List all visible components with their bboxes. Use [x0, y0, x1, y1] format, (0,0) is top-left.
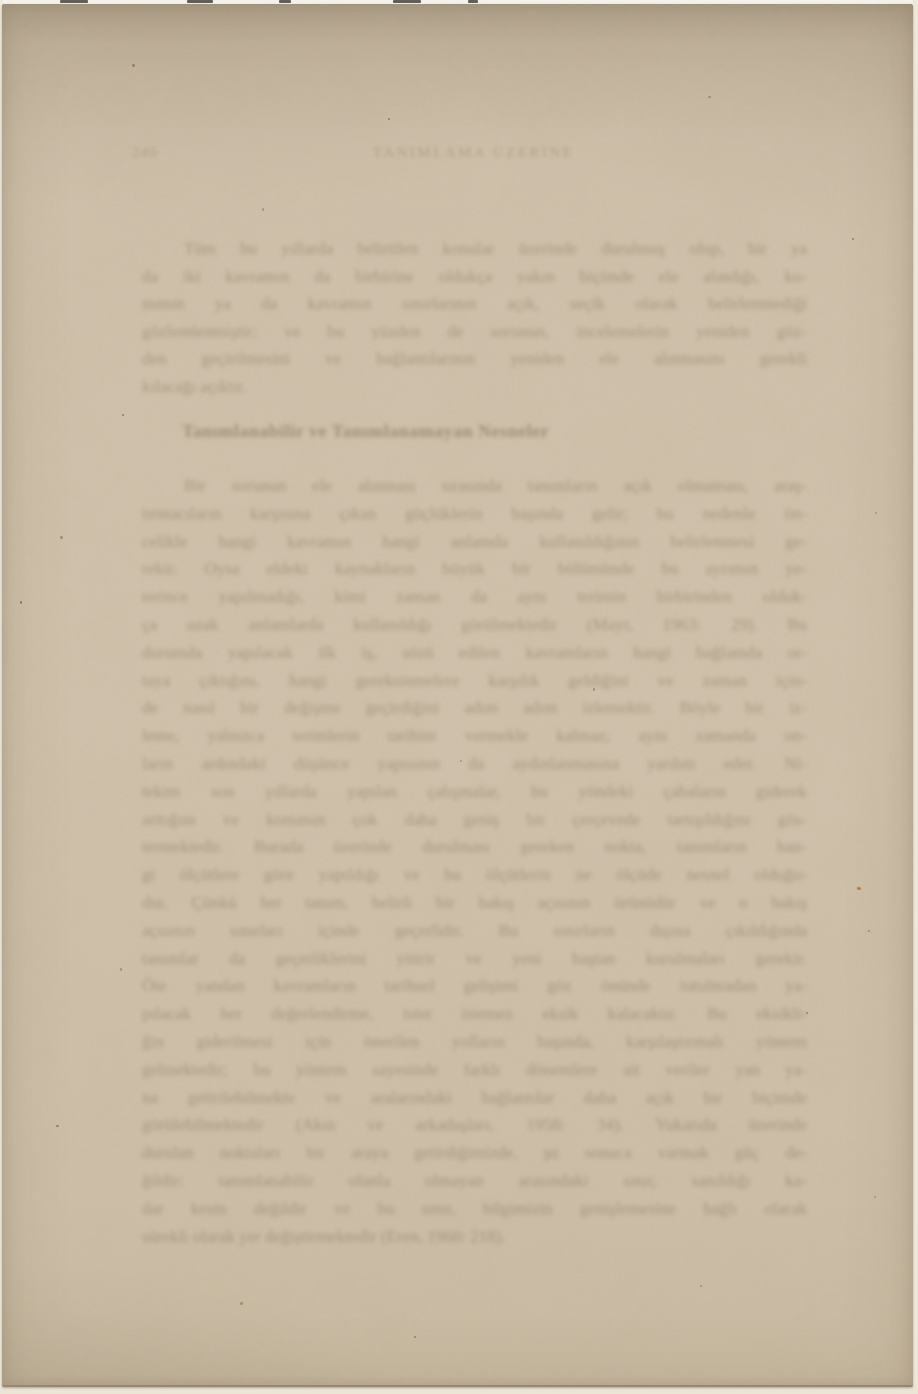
faded-text-line: tırmacıların karşısına çıkan güçlüklerin…	[142, 500, 807, 528]
paper-sheet: 240 TANIMLAMA ÜZERİNE Tüm bu yıllarda be…	[2, 4, 913, 1387]
faded-text-line: dur. Çünkü her tanım, belirli bir bakış …	[142, 889, 807, 917]
faded-text-line: arttığını ve konunun çok daha geniş bir …	[142, 806, 807, 834]
section-heading-faded: Tanımlanabilir ve Tanımlanamayan Nesnele…	[142, 418, 807, 444]
faded-text-line: açısının sınırları içinde geçerlidir. Bu…	[142, 917, 807, 945]
faded-text-line: ğildir: tanımlanabilir olanla olmayan ar…	[142, 1167, 807, 1195]
faded-text-line: durulan noktaları bir araya getirdiğimiz…	[142, 1139, 807, 1167]
faded-text-line: tanımlar da geçerliklerini yitirir ve ye…	[142, 945, 807, 973]
body-paragraph-faded-text: Bir sorunun ele alınması sırasında tanım…	[142, 472, 807, 1250]
faded-text-line: gelmektedir; bu yöntem sayesinde farklı …	[142, 1056, 807, 1084]
faded-text-line: durumda yapılacak ilk iş, sözü edilen ka…	[142, 639, 807, 667]
faded-text-line: taya çıktığını, hangi gereksinmelere kar…	[142, 667, 807, 695]
scanner-strip-right	[913, 0, 918, 1394]
faded-text-line: ğin giderilmesi için önerilen yolların b…	[142, 1028, 807, 1056]
faded-text-line: pılacak her değerlendirme, ister istemez…	[142, 1000, 807, 1028]
faded-text-line: gi ölçütlere göre yapıldığı ve bu ölçütl…	[142, 861, 807, 889]
faded-text-line: Öte yandan kavramların tarihsel gelişimi…	[142, 972, 807, 1000]
faded-text-line: rekir. Oysa eldeki kaynakların büyük bir…	[142, 555, 807, 583]
intro-paragraph-faded-text: Tüm bu yıllarda belirtilen konular üzeri…	[142, 235, 807, 400]
faded-text-line: Tüm bu yıllarda belirtilen konular üzeri…	[142, 235, 807, 263]
faded-text-line: tekim son yıllarda yapılan çalışmalar, b…	[142, 778, 807, 806]
scanned-book-page: { "header": { "page_number": "240", "run…	[0, 0, 918, 1394]
faded-text-line: celikle hangi kavramın hangi anlamda kul…	[142, 528, 807, 556]
scanner-strip-bottom	[0, 1387, 918, 1394]
faded-text-line: ların ardındaki düşünce yapısının da ayd…	[142, 750, 807, 778]
faded-text-line: sürekli olarak yer değiştirmektedir (Ere…	[142, 1223, 807, 1251]
faded-text-line: na getirilebilmekte ve aralarındaki bağl…	[142, 1084, 807, 1112]
faded-text-line: nunun ya da kavramın sınırlarının açık, …	[142, 290, 807, 318]
scan-area: 240 TANIMLAMA ÜZERİNE Tüm bu yıllarda be…	[0, 0, 918, 1394]
faded-text-line: Bir sorunun ele alınması sırasında tanım…	[142, 472, 807, 500]
faded-text-line: leme, yalnızca terimlerin tarihini verme…	[142, 722, 807, 750]
faded-text-line: da iki kavramın da birbirine oldukça yak…	[142, 263, 807, 291]
page-header: 240 TANIMLAMA ÜZERİNE	[140, 145, 807, 165]
faded-text-line: de nasıl bir değişme geçirdiğini adım ad…	[142, 694, 807, 722]
faded-text-line: kılacağı açıktır.	[142, 373, 807, 401]
faded-text-line: terince yapılmadığı, kimi zaman da aynı …	[142, 583, 807, 611]
faded-text-line: gözlemlenmiştir; ve bu yüzden de sorunun…	[142, 318, 807, 346]
faded-text-line: termektedir. Burada üzerinde durulması g…	[142, 833, 807, 861]
faded-text-line: görülebilmektedir (Akın ve arkadaşları, …	[142, 1111, 807, 1139]
faded-text-line: den geçirilmesini ve bağlantılarının yen…	[142, 345, 807, 373]
faded-text-line: dar kesin değildir ve bu sınır, bilgimiz…	[142, 1195, 807, 1223]
running-title: TANIMLAMA ÜZERİNE	[140, 145, 807, 162]
faded-text-line: ça uzak anlamlarda kullanıldığı görülmek…	[142, 611, 807, 639]
